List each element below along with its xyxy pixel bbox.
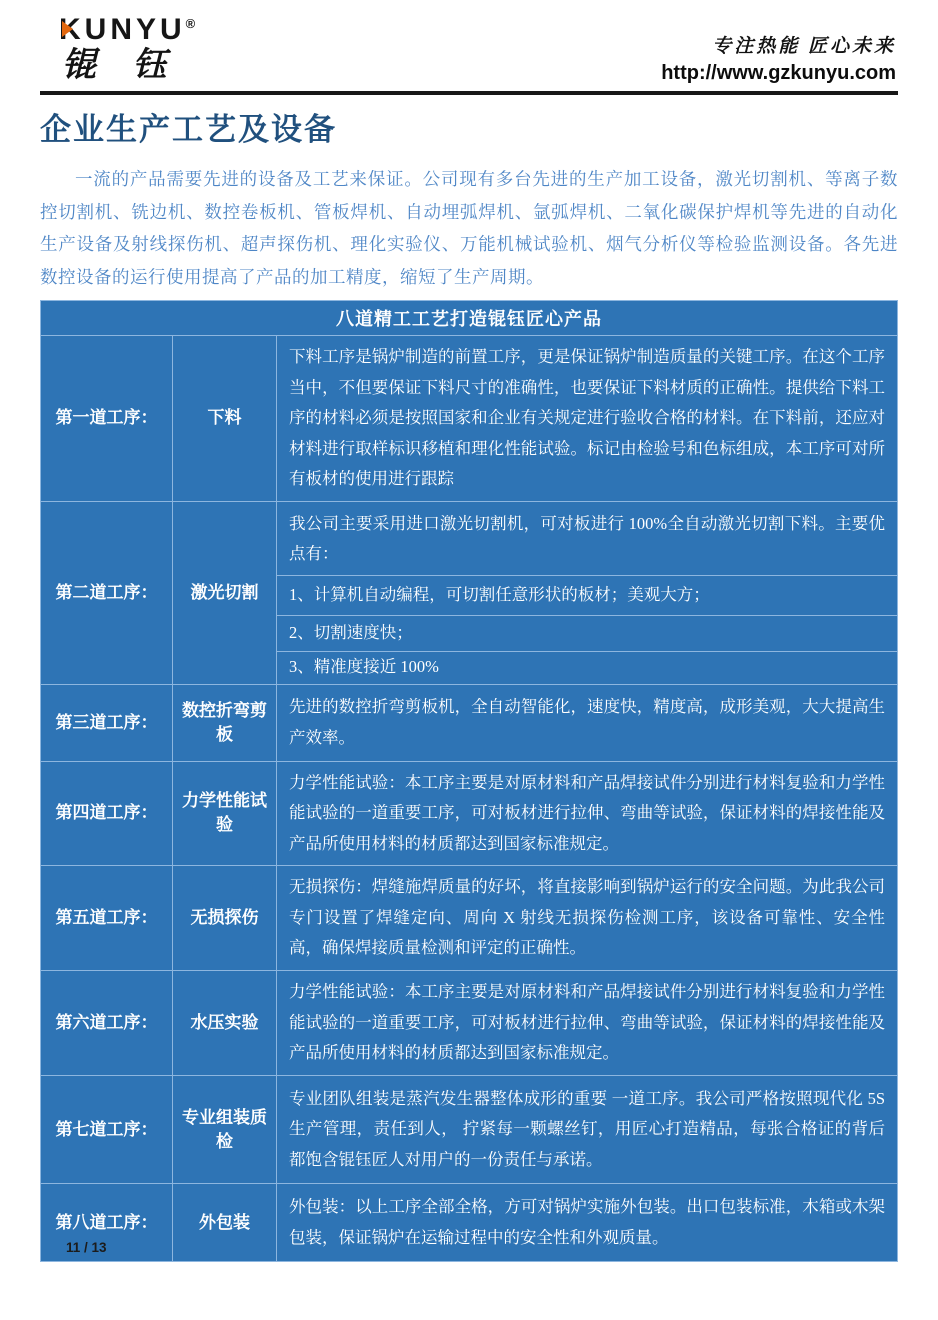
process-table: 八道精工工艺打造锟钰匠心产品 第一道工序： 下料 下料工序是锅炉制造的前置工序，… bbox=[40, 300, 898, 1262]
step-label: 第五道工序： bbox=[41, 866, 173, 971]
website-url: http://www.gzkunyu.com bbox=[661, 60, 896, 86]
table-header-row: 八道精工工艺打造锟钰匠心产品 bbox=[41, 301, 898, 336]
table-row: 第三道工序： 数控折弯剪板 先进的数控折弯剪板机，全自动智能化，速度快，精度高，… bbox=[41, 684, 898, 761]
process-description: 外包装：以上工序全部全格，方可对锅炉实施外包装。出口包装标准，木箱或木架包装，保… bbox=[277, 1184, 898, 1262]
process-name: 激光切割 bbox=[173, 501, 277, 684]
table-row: 第六道工序： 水压实验 力学性能试验：本工序主要是对原材料和产品焊接试件分别进行… bbox=[41, 971, 898, 1076]
registered-trademark-icon: ® bbox=[186, 16, 196, 31]
table-row: 第七道工序： 专业组装质检 专业团队组装是蒸汽发生器整体成形的重要 一道工序。我… bbox=[41, 1076, 898, 1184]
step-label: 第二道工序： bbox=[41, 501, 173, 684]
process-name: 数控折弯剪板 bbox=[173, 684, 277, 761]
process-name: 专业组装质检 bbox=[173, 1076, 277, 1184]
process-description: 力学性能试验：本工序主要是对原材料和产品焊接试件分别进行材料复验和力学性能试验的… bbox=[277, 971, 898, 1076]
table-row: 第二道工序： 激光切割 我公司主要采用进口激光切割机，可对板进行 100%全自动… bbox=[41, 501, 898, 684]
process-description: 我公司主要采用进口激光切割机，可对板进行 100%全自动激光切割下料。主要优点有… bbox=[277, 501, 898, 684]
page-header: KUNYU® 锟 钰 专注热能 匠心未来 http://www.gzkunyu.… bbox=[40, 0, 898, 93]
step-label: 第一道工序： bbox=[41, 336, 173, 502]
logo-wordmark: KUNYU bbox=[59, 13, 186, 46]
laser-advantage-3: 3、精准度接近 100% bbox=[277, 651, 897, 684]
table-title: 八道精工工艺打造锟钰匠心产品 bbox=[41, 301, 898, 336]
company-slogan: 专注热能 匠心未来 bbox=[661, 34, 896, 60]
process-name: 水压实验 bbox=[173, 971, 277, 1076]
intro-paragraph: 一流的产品需要先进的设备及工艺来保证。公司现有多台先进的生产加工设备，激光切割机… bbox=[40, 163, 898, 293]
logo-chinese-text: 锟 钰 bbox=[62, 46, 195, 86]
process-description: 力学性能试验：本工序主要是对原材料和产品焊接试件分别进行材料复验和力学性能试验的… bbox=[277, 761, 898, 866]
table-row: 第四道工序： 力学性能试验 力学性能试验：本工序主要是对原材料和产品焊接试件分别… bbox=[41, 761, 898, 866]
step-label: 第四道工序： bbox=[41, 761, 173, 866]
process-name: 外包装 bbox=[173, 1184, 277, 1262]
process-description: 先进的数控折弯剪板机，全自动智能化，速度快，精度高，成形美观，大大提高生产效率。 bbox=[277, 684, 898, 761]
process-description: 下料工序是锅炉制造的前置工序，更是保证锅炉制造质量的关键工序。在这个工序当中，不… bbox=[277, 336, 898, 502]
header-divider-rule bbox=[40, 91, 898, 95]
document-page: KUNYU® 锟 钰 专注热能 匠心未来 http://www.gzkunyu.… bbox=[40, 0, 898, 1262]
table-row: 第一道工序： 下料 下料工序是锅炉制造的前置工序，更是保证锅炉制造质量的关键工序… bbox=[41, 336, 898, 502]
logo-latin-text: KUNYU® bbox=[62, 8, 195, 46]
step-label: 第七道工序： bbox=[41, 1076, 173, 1184]
table-row: 第五道工序： 无损探伤 无损探伤：焊缝施焊质量的好坏，将直接影响到锅炉运行的安全… bbox=[41, 866, 898, 971]
laser-advantage-1: 1、计算机自动编程，可切割任意形状的板材；美观大方； bbox=[277, 575, 897, 615]
logo-k-accent-icon bbox=[62, 21, 73, 37]
table-row: 第八道工序： 外包装 外包装：以上工序全部全格，方可对锅炉实施外包装。出口包装标… bbox=[41, 1184, 898, 1262]
page-number: 11 / 13 bbox=[66, 1240, 107, 1255]
process-name: 力学性能试验 bbox=[173, 761, 277, 866]
process-description: 无损探伤：焊缝施焊质量的好坏，将直接影响到锅炉运行的安全问题。为此我公司专门设置… bbox=[277, 866, 898, 971]
step-label: 第三道工序： bbox=[41, 684, 173, 761]
header-right-block: 专注热能 匠心未来 http://www.gzkunyu.com bbox=[661, 34, 896, 86]
process-description: 专业团队组装是蒸汽发生器整体成形的重要 一道工序。我公司严格按照现代化 5S 生… bbox=[277, 1076, 898, 1184]
company-logo: KUNYU® 锟 钰 bbox=[62, 8, 195, 86]
page-title: 企业生产工艺及设备 bbox=[40, 110, 898, 150]
laser-intro-text: 我公司主要采用进口激光切割机，可对板进行 100%全自动激光切割下料。主要优点有… bbox=[277, 502, 897, 575]
process-name: 无损探伤 bbox=[173, 866, 277, 971]
laser-advantage-2: 2、切割速度快； bbox=[277, 615, 897, 651]
process-name: 下料 bbox=[173, 336, 277, 502]
step-label: 第六道工序： bbox=[41, 971, 173, 1076]
